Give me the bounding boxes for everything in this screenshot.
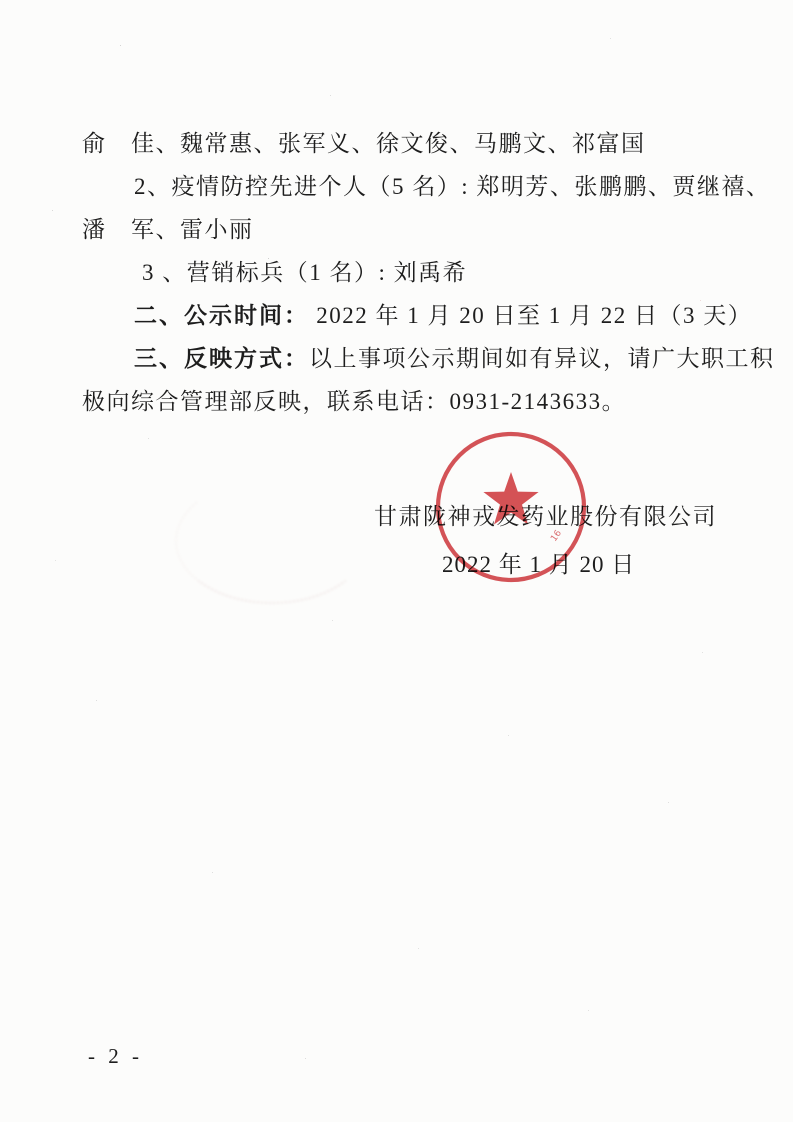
seal-code-fragment: 16 (549, 528, 564, 543)
section-2-publicity-period: 二、公示时间： 2022 年 1 月 20 日至 1 月 22 日（3 天） (82, 294, 762, 337)
seal-code: 1011062 (481, 554, 541, 571)
company-seal-stamp: 甘肃陇神戎发药业股份有限公司 1011062 16 (416, 412, 606, 602)
section-3-feedback-method: 三、反映方式：以上事项公示期间如有异议，请广大职工积 (82, 337, 762, 380)
item-3-marketing-model: 3 、营销标兵（1 名）: 刘禹希 (82, 251, 762, 294)
section-2-heading: 二、公示时间： (134, 302, 309, 328)
ghost-stamp-arc (175, 478, 369, 604)
section-3-heading: 三、反映方式： (134, 345, 309, 371)
scan-noise (0, 0, 1, 1)
item-2-epidemic-prevention-individuals: 2、疫情防控先进个人（5 名）: 郑明芳、张鹏鹏、贾继禧、 (82, 165, 762, 208)
body-text: 俞 佳、魏常惠、张军义、徐文俊、马鹏文、祁富国 2、疫情防控先进个人（5 名）:… (82, 122, 762, 423)
section-2-dates: 2022 年 1 月 20 日至 1 月 22 日（3 天） (309, 303, 752, 328)
document-page: 俞 佳、魏常惠、张军义、徐文俊、马鹏文、祁富国 2、疫情防控先进个人（5 名）:… (0, 0, 793, 1122)
awardees-line-2: 潘 军、雷小丽 (82, 208, 762, 251)
awardees-line-1: 俞 佳、魏常惠、张军义、徐文俊、马鹏文、祁富国 (82, 122, 762, 165)
page-number: - 2 - (88, 1044, 143, 1069)
seal-code-textpath: 1011062 (481, 554, 541, 571)
section-3-text: 以上事项公示期间如有异议，请广大职工积 (309, 346, 775, 371)
seal-star-icon (483, 472, 538, 525)
